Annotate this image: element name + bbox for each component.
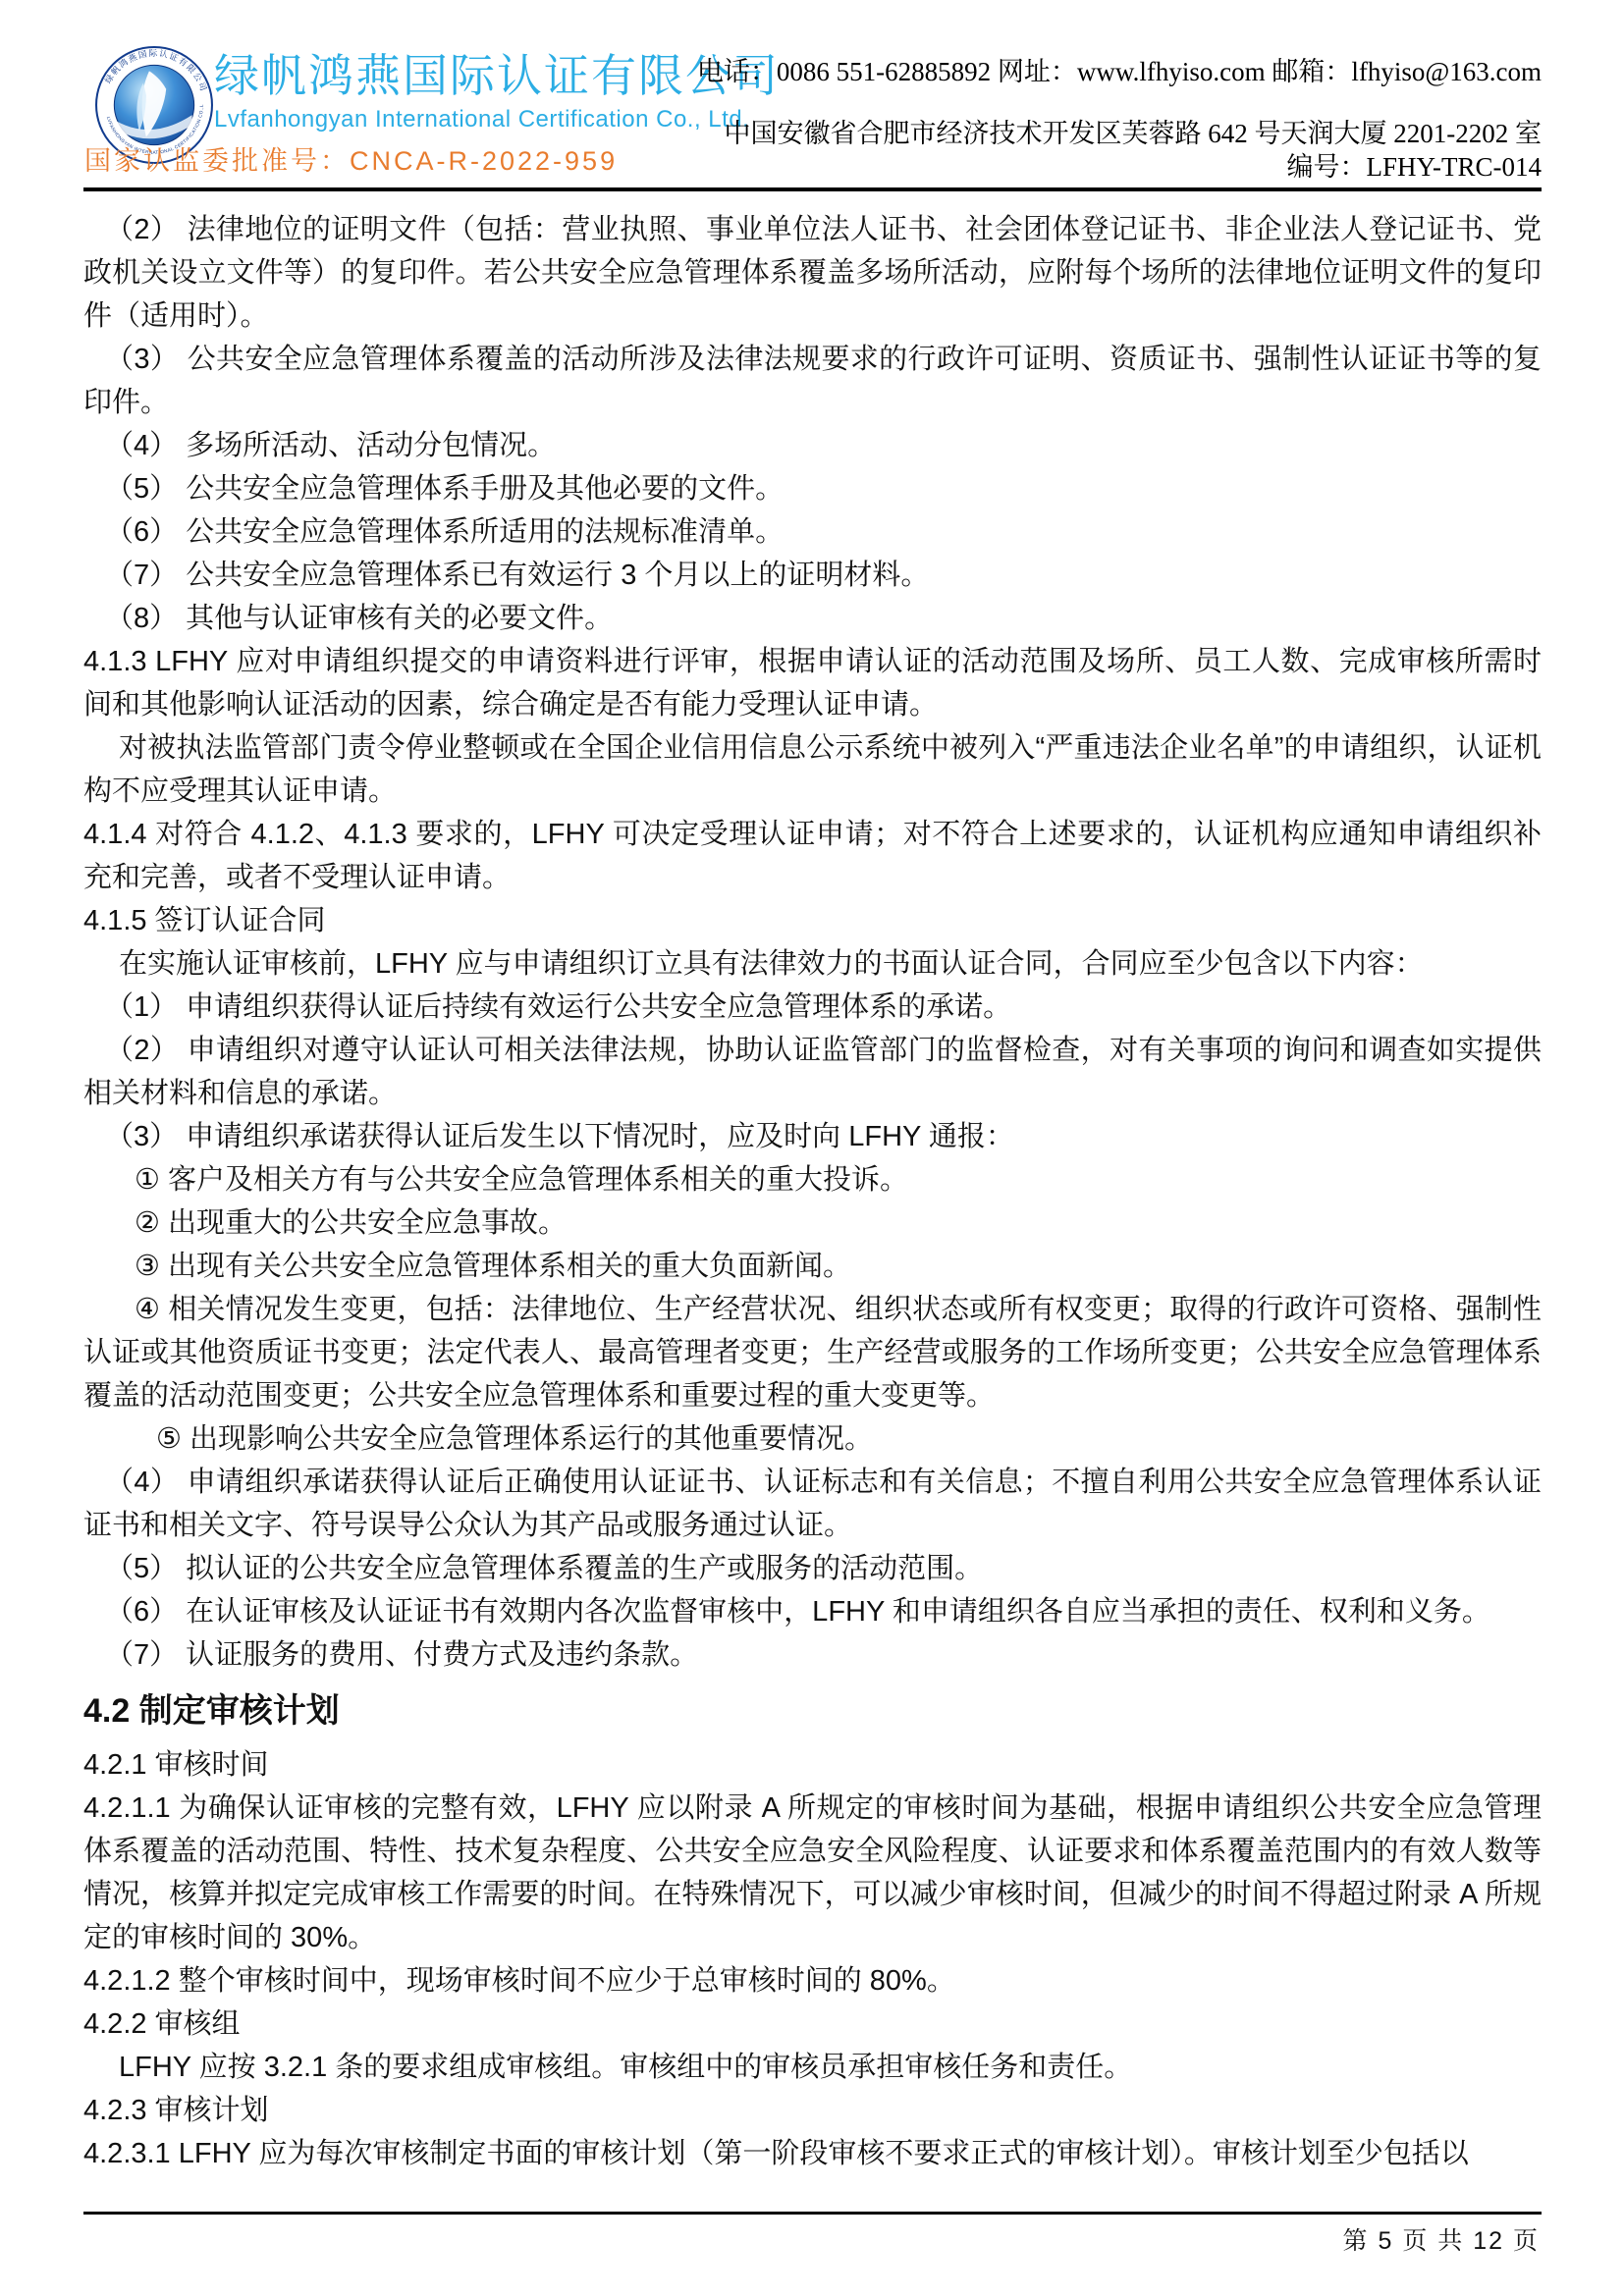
paragraph: 4.2.3.1 LFHY 应为每次审核制定书面的审核计划（第一阶段审核不要求正式…	[83, 2132, 1542, 2175]
doc-number: 编号：LFHY-TRC-014	[697, 150, 1542, 184]
paragraph: 对被执法监管部门责令停业整顿或在全国企业信用信息公示系统中被列入“严重违法企业名…	[83, 726, 1542, 813]
paragraph: 4.2.1.1 为确保认证审核的完整有效，LFHY 应以附录 A 所规定的审核时…	[83, 1787, 1542, 1959]
paragraph: 4.2.2 审核组	[83, 2002, 1542, 2046]
footer-divider	[83, 2212, 1542, 2215]
paragraph: （5） 拟认证的公共安全应急管理体系覆盖的生产或服务的活动范围。	[83, 1547, 1542, 1590]
document-page: 绿帆鸿燕国际认证有限公司 LVFANHONGYAN INTERNATIONAL …	[0, 0, 1624, 2296]
page-number: 第 5 页 共 12 页	[1343, 2221, 1540, 2257]
paragraph: （6） 公共安全应急管理体系所适用的法规标准清单。	[83, 510, 1542, 554]
header-divider	[83, 187, 1542, 191]
paragraph: 4.1.3 LFHY 应对申请组织提交的申请资料进行评审，根据申请认证的活动范围…	[83, 640, 1542, 726]
paragraph: ⑤ 出现影响公共安全应急管理体系运行的其他重要情况。	[83, 1417, 1542, 1461]
section-heading: 4.2 制定审核计划	[83, 1681, 1542, 1741]
contact-line: 电话：0086 551-62885892 网址：www.lfhyiso.com …	[697, 55, 1542, 88]
paragraph: （3） 申请组织承诺获得认证后发生以下情况时，应及时向 LFHY 通报：	[83, 1115, 1542, 1158]
paragraph: ② 出现重大的公共安全应急事故。	[83, 1201, 1542, 1245]
paragraph: （6） 在认证审核及认证证书有效期内各次监督审核中，LFHY 和申请组织各自应当…	[83, 1590, 1542, 1633]
company-name-en: Lvfanhongyan International Certification…	[214, 102, 780, 137]
paragraph: 4.2.1 审核时间	[83, 1743, 1542, 1787]
paragraph: （2） 申请组织对遵守认证认可相关法律法规，协助认证监管部门的监督检查，对有关事…	[83, 1029, 1542, 1115]
paragraph: 在实施认证审核前，LFHY 应与申请组织订立具有法律效力的书面认证合同，合同应至…	[83, 942, 1542, 986]
paragraph: （7） 认证服务的费用、付费方式及违约条款。	[83, 1633, 1542, 1677]
paragraph: （2） 法律地位的证明文件（包括：营业执照、事业单位法人证书、社会团体登记证书、…	[83, 208, 1542, 338]
paragraph: （7） 公共安全应急管理体系已有效运行 3 个月以上的证明材料。	[83, 554, 1542, 597]
paragraph: （5） 公共安全应急管理体系手册及其他必要的文件。	[83, 467, 1542, 510]
paragraph: 4.2.1.2 整个审核时间中，现场审核时间不应少于总审核时间的 80%。	[83, 1959, 1542, 2002]
paragraph: 4.2.3 审核计划	[83, 2089, 1542, 2132]
company-name-cn: 绿帆鸿燕国际认证有限公司	[214, 49, 780, 102]
paragraph: 4.1.5 签订认证合同	[83, 899, 1542, 942]
paragraph: （4） 多场所活动、活动分包情况。	[83, 424, 1542, 467]
paragraph: ③ 出现有关公共安全应急管理体系相关的重大负面新闻。	[83, 1245, 1542, 1288]
contact-block: 电话：0086 551-62885892 网址：www.lfhyiso.com …	[697, 55, 1542, 184]
paragraph: ① 客户及相关方有与公共安全应急管理体系相关的重大投诉。	[83, 1158, 1542, 1201]
paragraph: LFHY 应按 3.2.1 条的要求组成审核组。审核组中的审核员承担审核任务和责…	[83, 2046, 1542, 2089]
paragraph: （1） 申请组织获得认证后持续有效运行公共安全应急管理体系的承诺。	[83, 986, 1542, 1029]
address-line: 中国安徽省合肥市经济技术开发区芙蓉路 642 号天润大厦 2201-2202 室	[697, 117, 1542, 150]
brand-block: 绿帆鸿燕国际认证有限公司 Lvfanhongyan International …	[214, 49, 780, 137]
approval-number: 国家认监委批准号：CNCA-R-2022-959	[84, 145, 618, 177]
paragraph: ④ 相关情况发生变更，包括：法律地位、生产经营状况、组织状态或所有权变更；取得的…	[83, 1288, 1542, 1417]
document-body: （2） 法律地位的证明文件（包括：营业执照、事业单位法人证书、社会团体登记证书、…	[83, 208, 1542, 2175]
paragraph: （3） 公共安全应急管理体系覆盖的活动所涉及法律法规要求的行政许可证明、资质证书…	[83, 338, 1542, 424]
paragraph: 4.1.4 对符合 4.1.2、4.1.3 要求的，LFHY 可决定受理认证申请…	[83, 813, 1542, 899]
paragraph: （8） 其他与认证审核有关的必要文件。	[83, 597, 1542, 640]
paragraph: （4） 申请组织承诺获得认证后正确使用认证证书、认证标志和有关信息；不擅自利用公…	[83, 1461, 1542, 1547]
